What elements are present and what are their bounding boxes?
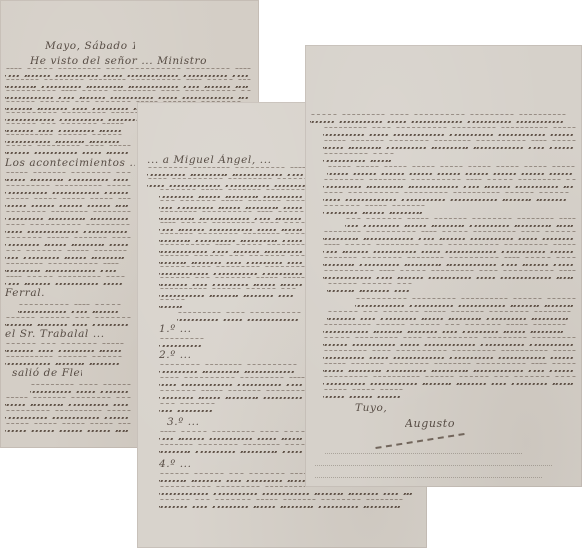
handwritten-line (323, 322, 580, 335)
handwritten-line (323, 387, 413, 400)
handwritten-line: Los acontecimientos ... (5, 157, 135, 170)
handwritten-line: 2.º ... (159, 349, 309, 362)
handwritten-line (5, 261, 135, 274)
handwritten-line (5, 196, 135, 209)
handwritten-line (159, 497, 419, 510)
handwritten-line (159, 401, 219, 414)
handwritten-line (30, 382, 135, 395)
handwritten-line (159, 362, 309, 375)
handwritten-line (5, 354, 135, 367)
handwritten-line (323, 348, 580, 361)
handwritten-line (5, 209, 135, 222)
handwritten-line (323, 151, 398, 164)
handwritten-line (18, 302, 133, 315)
handwritten-line: Augusto (405, 417, 465, 430)
handwritten-line (5, 248, 135, 261)
handwritten-line: Ferral. (5, 287, 65, 300)
handwritten-line: salió de Flete (12, 367, 82, 380)
handwritten-line (327, 164, 580, 177)
handwritten-line (323, 177, 580, 190)
handwritten-line (5, 315, 135, 328)
handwritten-line: el Sr. Trabalal ... (5, 328, 135, 341)
handwritten-line (323, 229, 580, 242)
handwritten-line (323, 190, 580, 203)
handwritten-line (159, 429, 309, 442)
handwritten-line (5, 170, 135, 183)
manuscript-page-3: Tuyo,Augusto (305, 45, 582, 487)
handwritten-line (327, 309, 580, 322)
handwritten-line: Tuyo, (355, 402, 395, 415)
handwritten-line (5, 222, 135, 235)
handwritten-line (5, 143, 135, 156)
handwritten-line (5, 274, 135, 287)
handwritten-line (159, 375, 309, 388)
handwritten-line (5, 408, 135, 421)
handwritten-line (327, 281, 417, 294)
handwritten-line (159, 388, 309, 401)
handwritten-line (5, 183, 135, 196)
faint-ruled-line (325, 453, 522, 454)
handwritten-line (323, 268, 580, 281)
signature-flourish (375, 433, 464, 449)
handwritten-line (5, 235, 135, 248)
handwritten-line (323, 203, 433, 216)
handwritten-line (159, 336, 209, 349)
handwritten-line (323, 138, 580, 151)
handwritten-line (5, 421, 135, 434)
handwritten-line (323, 125, 580, 138)
handwritten-line (5, 395, 135, 408)
handwritten-line (5, 341, 135, 354)
handwritten-line (323, 361, 580, 374)
handwritten-line: 3.º ... (167, 416, 307, 429)
faint-ruled-line (315, 465, 552, 466)
handwritten-line: Mayo, Sábado 1892 (45, 40, 135, 53)
faint-ruled-line (315, 477, 542, 478)
handwritten-line: 1.º ... (159, 323, 309, 336)
handwritten-line (159, 297, 189, 310)
handwritten-line (323, 335, 580, 348)
handwritten-line (323, 255, 580, 268)
handwritten-line (323, 242, 580, 255)
handwritten-line (159, 442, 309, 455)
handwritten-line (177, 310, 307, 323)
handwritten-line (355, 296, 580, 309)
handwritten-line (310, 112, 580, 125)
handwritten-line (323, 374, 580, 387)
handwritten-line (345, 216, 580, 229)
